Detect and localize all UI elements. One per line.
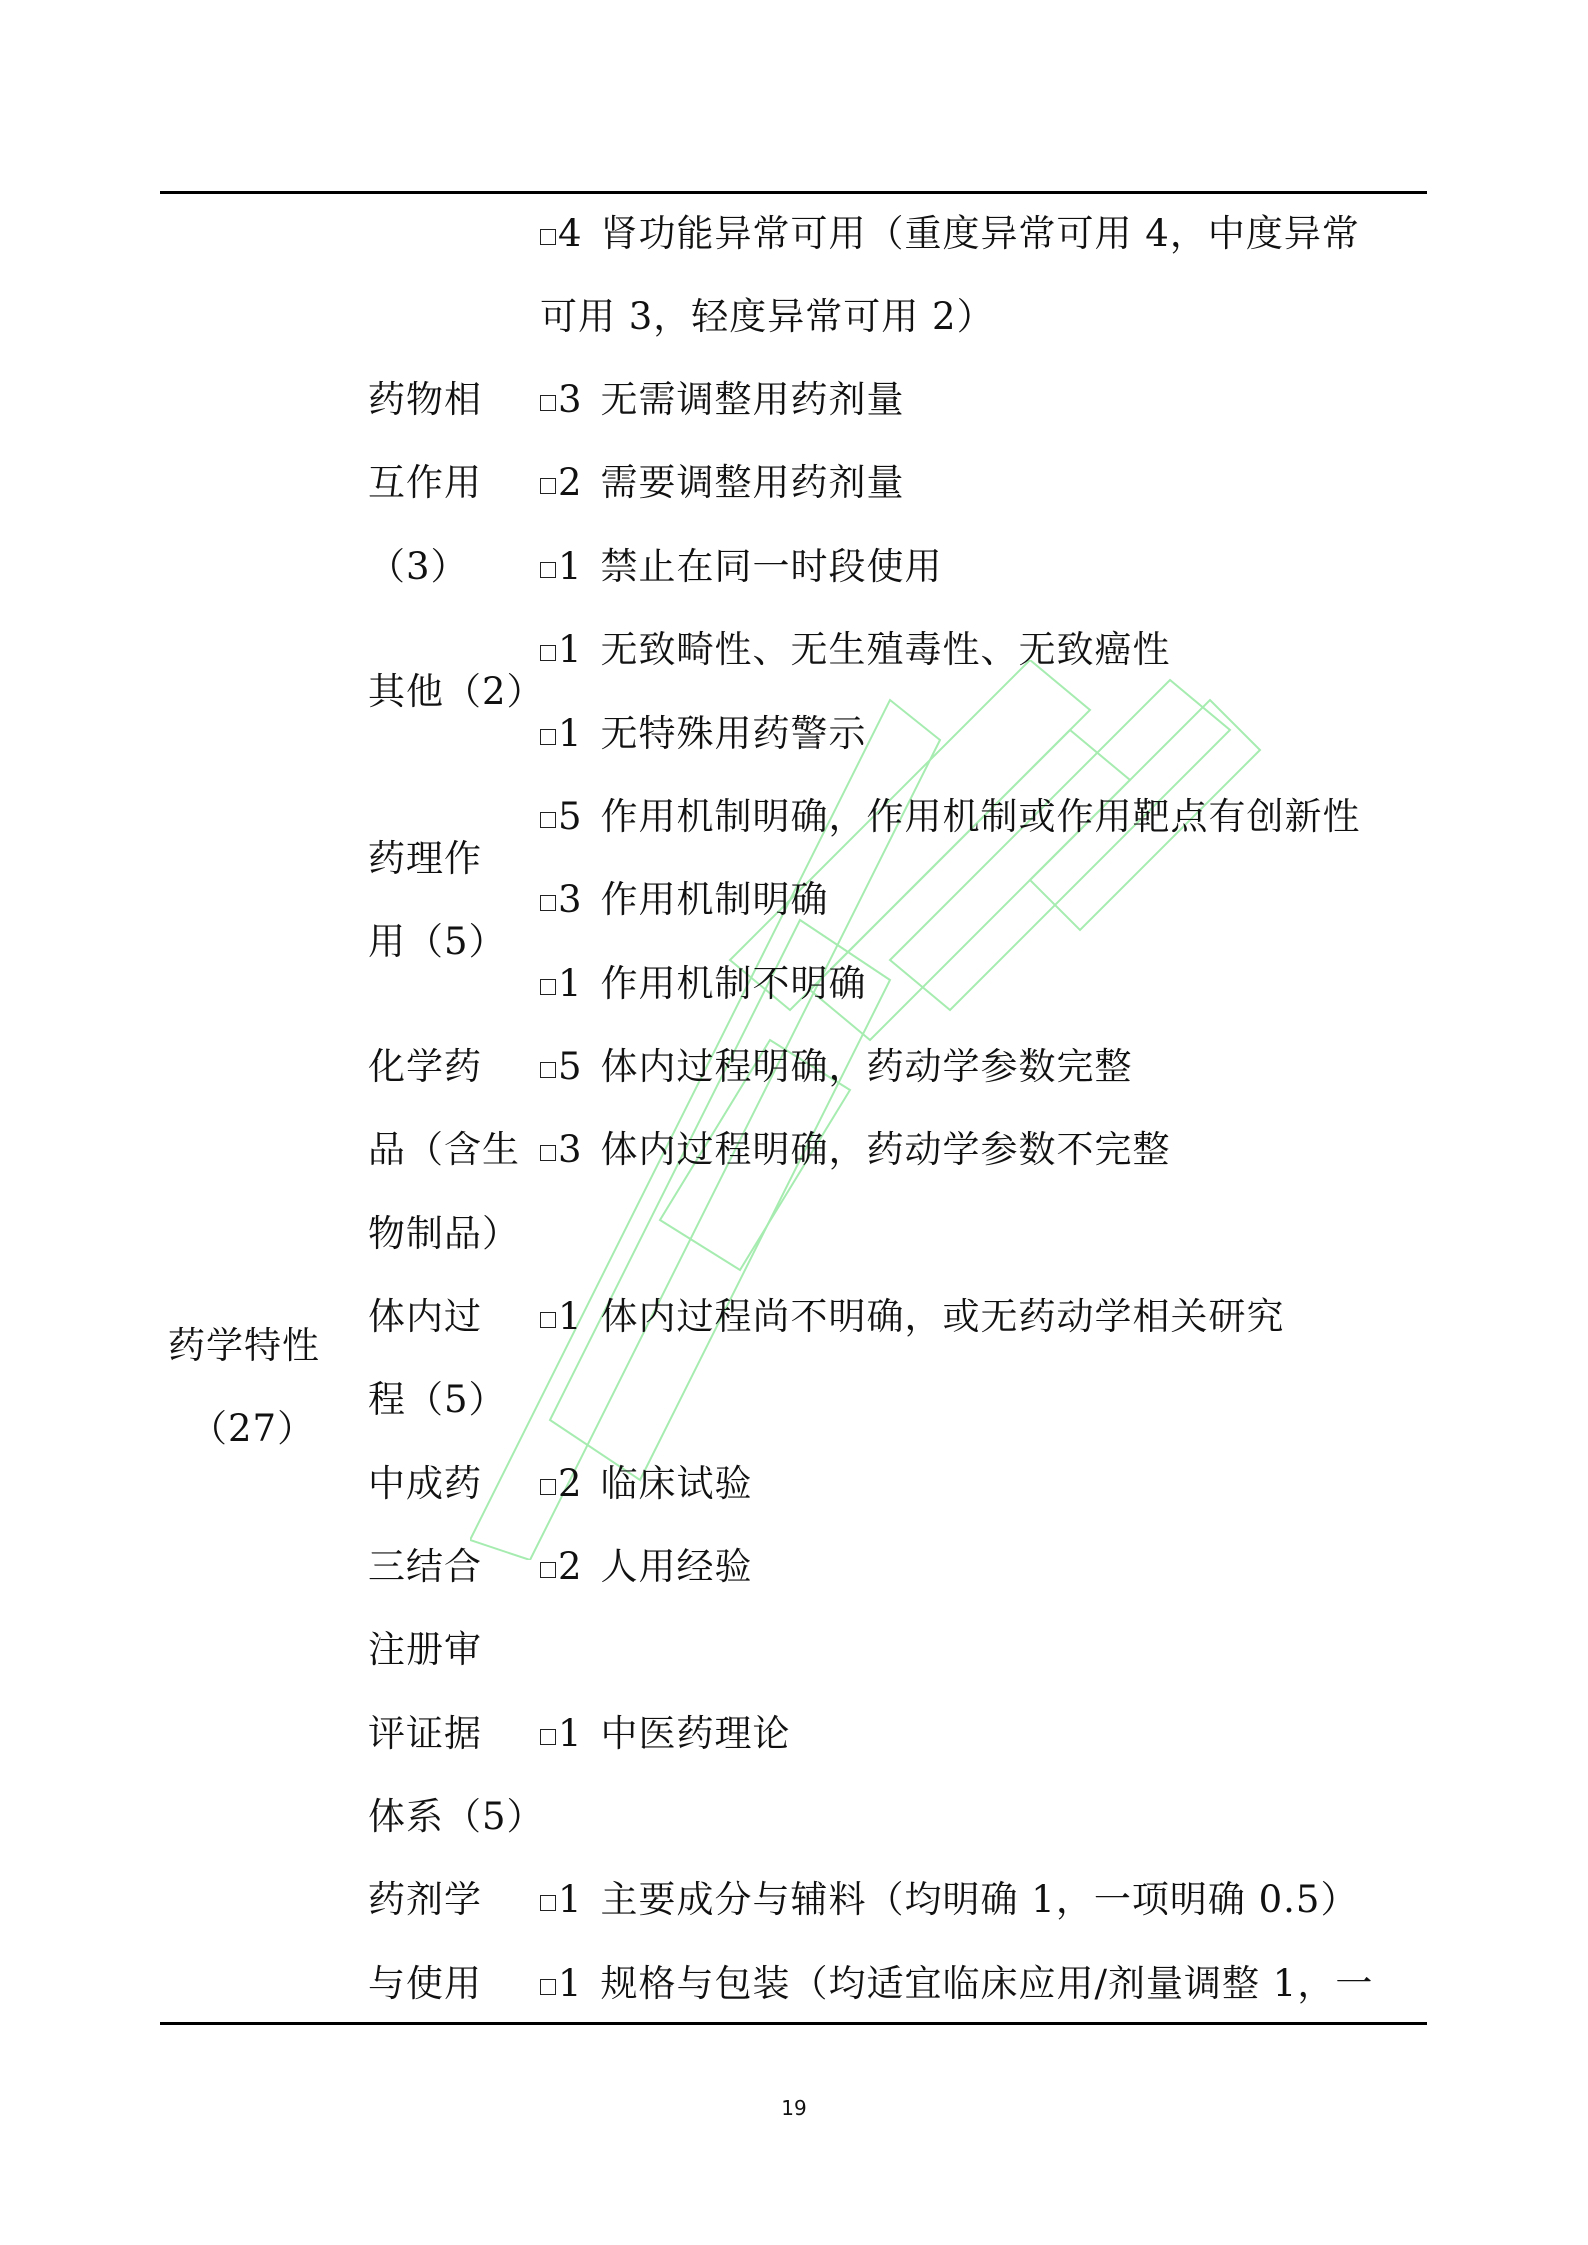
checkbox-icon[interactable] xyxy=(540,1979,556,1995)
option-item: 1主要成分与辅料（均明确 1，一项明确 0.5） xyxy=(540,1878,1358,1922)
subcategory-label: 互作用 xyxy=(368,461,482,505)
checkbox-icon[interactable] xyxy=(540,562,556,578)
option-item: 2临床试验 xyxy=(540,1462,753,1506)
subcategory-label: 品（含生 xyxy=(368,1128,520,1172)
page-number: 19 xyxy=(0,2096,1588,2120)
subcategory-label: 体内过 xyxy=(368,1295,482,1339)
option-renal: 4肾功能异常可用（重度异常可用 4，中度异常 xyxy=(540,212,1360,256)
checkbox-icon[interactable] xyxy=(540,1895,556,1911)
subcategory-label: 物制品） xyxy=(368,1212,520,1256)
subcategory-label: 用（5） xyxy=(368,920,507,964)
subcategory-label: 药物相 xyxy=(368,378,482,422)
checkbox-icon[interactable] xyxy=(540,812,556,828)
top-rule xyxy=(160,191,1427,194)
checkbox-icon[interactable] xyxy=(540,478,556,494)
option-item: 3作用机制明确 xyxy=(540,878,829,922)
option-item: 5作用机制明确，作用机制或作用靶点有创新性 xyxy=(540,795,1361,839)
subcategory-label: 药剂学 xyxy=(368,1878,482,1922)
category-score: （27） xyxy=(190,1407,315,1451)
subcategory-label: 评证据 xyxy=(368,1712,482,1756)
checkbox-icon[interactable] xyxy=(540,1562,556,1578)
option-item: 1规格与包装（均适宜临床应用/剂量调整 1，一 xyxy=(540,1962,1373,2006)
option-item: 2需要调整用药剂量 xyxy=(540,461,905,505)
option-item: 5体内过程明确，药动学参数完整 xyxy=(540,1045,1133,1089)
subcategory-label: （3） xyxy=(368,545,469,589)
subcategory-label: 三结合 xyxy=(368,1545,482,1589)
subcategory-label: 化学药 xyxy=(368,1045,482,1089)
subcategory-label: 程（5） xyxy=(368,1378,507,1422)
option-item: 3无需调整用药剂量 xyxy=(540,378,905,422)
category-name: 药学特性 xyxy=(168,1324,320,1368)
subcategory-label: 中成药 xyxy=(368,1462,482,1506)
subcategory-label: 其他（2） xyxy=(368,670,545,714)
checkbox-icon[interactable] xyxy=(540,979,556,995)
checkbox-icon[interactable] xyxy=(540,229,556,245)
checkbox-icon[interactable] xyxy=(540,895,556,911)
subcategory-label: 体系（5） xyxy=(368,1795,545,1839)
checkbox-icon[interactable] xyxy=(540,1479,556,1495)
option-item: 1体内过程尚不明确，或无药动学相关研究 xyxy=(540,1295,1285,1339)
option-item: 1作用机制不明确 xyxy=(540,962,867,1006)
checkbox-icon[interactable] xyxy=(540,645,556,661)
checkbox-icon[interactable] xyxy=(540,1729,556,1745)
option-item: 1无致畸性、无生殖毒性、无致癌性 xyxy=(540,628,1171,672)
option-item: 1禁止在同一时段使用 xyxy=(540,545,943,589)
option-item: 3体内过程明确，药动学参数不完整 xyxy=(540,1128,1171,1172)
checkbox-icon[interactable] xyxy=(540,1145,556,1161)
option-renal-continued: 可用 3，轻度异常可用 2） xyxy=(540,295,995,339)
checkbox-icon[interactable] xyxy=(540,395,556,411)
option-item: 1中医药理论 xyxy=(540,1712,791,1756)
subcategory-label: 注册审 xyxy=(368,1628,482,1672)
checkbox-icon[interactable] xyxy=(540,1312,556,1328)
checkbox-icon[interactable] xyxy=(540,729,556,745)
option-item: 2人用经验 xyxy=(540,1545,753,1589)
subcategory-label: 药理作 xyxy=(368,837,482,881)
checkbox-icon[interactable] xyxy=(540,1062,556,1078)
option-item: 1无特殊用药警示 xyxy=(540,712,867,756)
subcategory-label: 与使用 xyxy=(368,1962,482,2006)
bottom-rule xyxy=(160,2022,1427,2025)
